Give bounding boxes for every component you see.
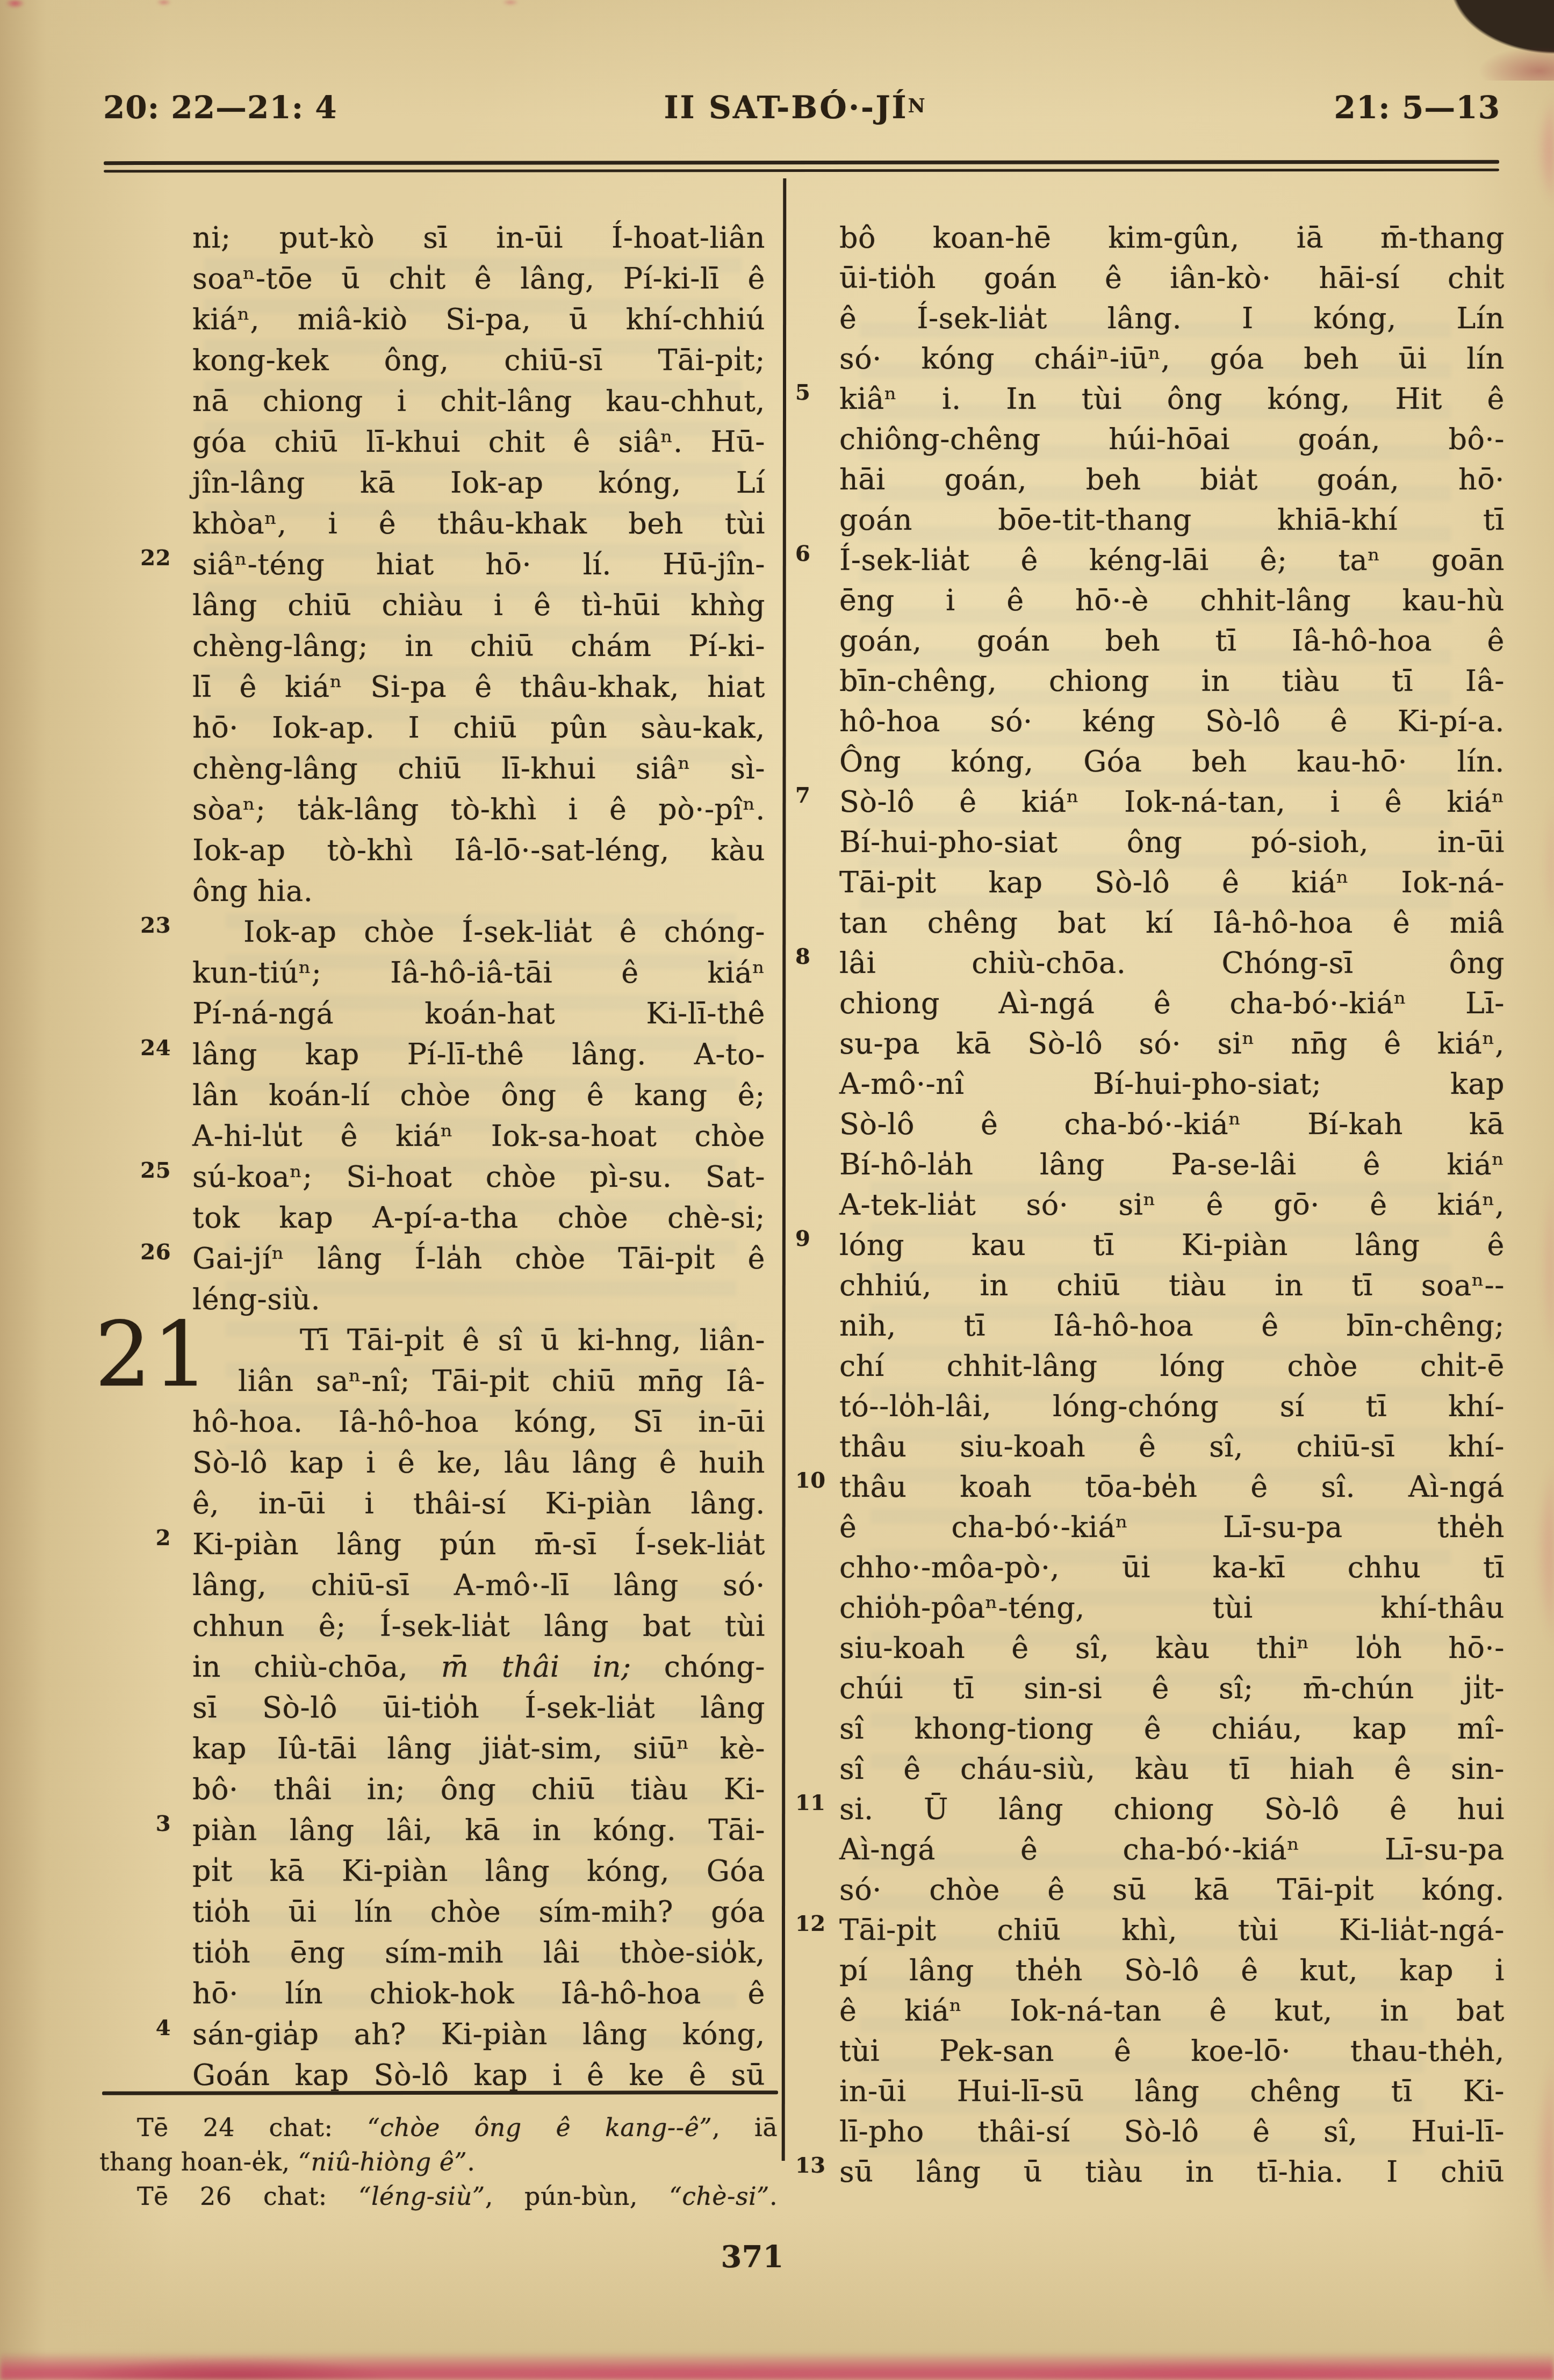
text-line: Gai-jíⁿ lâng Í-la̍h chòe Tāi-pi̍t ê [192,1238,765,1279]
text-line: nih, tī Iâ-hô-hoa ê bīn-chêng; [839,1306,1505,1346]
header-double-rule-bottom [104,169,1499,173]
text-line: Sò-lô ê cha-bó·-kiáⁿ Bí-kah kā [839,1104,1505,1144]
text-line: ni; put-kò sī in-ūi Í-hoat-liân [192,218,765,258]
text-line: tio̍h ūi lín chòe sím-mih? góa [192,1892,765,1932]
text-line: su-pa kā Sò-lô só· siⁿ nn̄g ê kiáⁿ, [839,1023,1505,1064]
left-text-column: ni; put-kò sī in-ūi Í-hoat-liânsoaⁿ-tōe … [192,218,765,2096]
text-line: A-hi-lu̍t ê kiáⁿ Iok-sa-hoat chòe [192,1116,765,1157]
text-line: Í-sek-lia̍t ê kéng-lāi ê; taⁿ goān [839,540,1505,580]
text-line: sī Sò-lô ūi-tio̍h Í-sek-lia̍t lâng [192,1687,765,1728]
verse-number: 10 [795,1468,829,1493]
footnote-line: Tē 24 chat: “chòe ông ê kang--ê”, iā [99,2110,778,2145]
text-line: ūi-tio̍h goán ê iân-kò· hāi-sí chi̍t [839,258,1505,298]
text-line: Goán kap Sò-lô kap i ê ke ê sū [192,2055,765,2096]
text-line: bô· thâi in; ông chiū tiàu Ki- [192,1769,765,1810]
running-head-left-verse-range: 20: 22—21: 4 [103,89,337,126]
header-double-rule-top [104,160,1499,165]
text-line: Aì-ngá ê cha-bó·-kiáⁿ Lī-su-pa [839,1829,1505,1870]
text-line: hō· Iok-ap. I chiū pûn sàu-kak, [192,708,765,748]
text-line: chiong Aì-ngá ê cha-bó·-kiáⁿ Lī- [839,983,1505,1023]
text-line: sán-gia̍p ah? Ki-piàn lâng kóng, [192,2014,765,2055]
text-line: Pí-ná-ngá koán-hat Ki-lī-thê [192,993,765,1034]
text-line: lâng chiū chiàu i ê tì-hūi khǹg [192,585,765,626]
text-line: Sò-lô ê kiáⁿ Iok-ná-tan, i ê kiáⁿ [839,782,1505,822]
text-line: A-mô·-nî Bí-hui-pho-siat; kap [839,1064,1505,1104]
verse-number: 11 [795,1790,829,1815]
verse-number: 25 [100,1158,171,1183]
text-line: pí lâng the̍h Sò-lô ê kut, kap i [839,1950,1505,1990]
footnotes-block: Tē 24 chat: “chòe ông ê kang--ê”, iāthan… [99,2110,778,2213]
verse-number: 24 [100,1035,171,1061]
verse-number: 3 [100,1811,171,1836]
text-line: sòaⁿ; ta̍k-lâng tò-khì i ê pò·-pîⁿ. [192,789,765,830]
text-line: sî ê cháu-siù, kàu tī hiah ê sin- [839,1749,1505,1789]
binding-corner-top-right [1430,0,1554,81]
text-line: Iok-ap tò-khì Iâ-lō·-sat-léng, kàu [192,830,765,871]
text-line: ông hia. [192,871,765,912]
text-line: ê, in-ūi i thâi-sí Ki-piàn lâng. [192,1483,765,1524]
text-line: chio̍h-pôaⁿ-téng, tùi khí-thâu [839,1588,1505,1628]
text-line: pi̍t kā Ki-piàn lâng kóng, Góa [192,1851,765,1892]
text-line: in chiù-chōa, m̄ thâi in; chóng- [192,1647,765,1687]
text-line: sú-koaⁿ; Si-hoat chòe pì-su. Sat- [192,1157,765,1198]
text-line: hāi goán, beh bia̍t goán, hō· [839,459,1505,500]
text-line: ê Í-sek-lia̍t lâng. I kóng, Lín [839,298,1505,338]
text-line: Iok-ap chòe Í-sek-lia̍t ê chóng- [192,912,765,953]
page-edge-stain-bottom [0,2349,1554,2380]
text-line: só· chòe ê sū kā Tāi-pi̍t kóng. [839,1870,1505,1910]
text-line: bīn-chêng, chiong in tiàu tī Iâ- [839,661,1505,701]
text-line: chho·-môa-pò·, ūi ka-kī chhu tī [839,1547,1505,1588]
page-edge-stain-top [0,0,1554,16]
text-line: só· kóng cháiⁿ-iūⁿ, góa beh ūi lín [839,338,1505,379]
text-line: Ki-piàn lâng pún m̄-sī Í-sek-lia̍t [192,1524,765,1565]
text-line: tok kap A-pí-a-tha chòe chè-si; [192,1198,765,1238]
text-line: ēng i ê hō·-è chhit-lâng kau-hù [839,580,1505,621]
text-line: tó--lo̍h-lâi, lóng-chóng sí tī khí- [839,1386,1505,1426]
verse-number: 5 [795,380,829,405]
chapter-number: 21 [95,1312,210,1398]
text-line: goán, goán beh tī Iâ-hô-hoa ê [839,621,1505,661]
text-line: Sò-lô kap i ê ke, lâu lâng ê huih [192,1443,765,1483]
text-line: chèng-lâng; in chiū chám Pí-ki- [192,626,765,667]
text-line: lân koán-lí chòe ông ê kang ê; [192,1075,765,1116]
verse-number: 2 [100,1525,171,1550]
text-line: lâng, chiū-sī A-mô·-lī lâng só· [192,1565,765,1606]
text-line: nā chiong i chi̍t-lâng kau-chhut, [192,381,765,422]
text-line: tan chêng bat kí Iâ-hô-hoa ê miâ [839,903,1505,943]
text-line: thâu koah tōa-be̍h ê sî. Aì-ngá [839,1467,1505,1507]
verse-number: 8 [795,944,829,969]
text-line: in-ūi Hui-lī-sū lâng chêng tī Ki- [839,2071,1505,2111]
text-line: jîn-lâng kā Iok-ap kóng, Lí [192,463,765,503]
text-line: siu-koah ê sî, kàu thiⁿ lo̍h hō·- [839,1628,1505,1668]
text-line: tio̍h ēng sím-mih lâi thòe-sio̍k, [192,1932,765,1973]
verse-number: 13 [795,2153,829,2178]
text-line: Bí-hui-pho-siat ông pó-sioh, in-ūi [839,822,1505,862]
column-divider-rule [782,178,787,2161]
text-line: Tāi-pi̍t chiū khì, tùi Ki-lia̍t-ngá- [839,1910,1505,1950]
verse-number: 9 [795,1226,829,1251]
text-line: hô-hoa. Iâ-hô-hoa kóng, Sī in-ūi [192,1402,765,1443]
text-line: thâu siu-koah ê sî, chiū-sī khí- [839,1426,1505,1467]
text-line: lâi chiù-chōa. Chóng-sī ông [839,943,1505,983]
text-line: Tāi-pi̍t kap Sò-lô ê kiáⁿ Iok-ná- [839,862,1505,903]
text-line: chhiú, in chiū tiàu in tī soaⁿ-- [839,1265,1505,1306]
verse-number: 22 [100,545,171,571]
footnote-line: Tē 26 chat: “léng-siù”, pún-bùn, “chè-si… [99,2179,778,2213]
verse-number: 12 [795,1911,829,1936]
text-line: siâⁿ-téng hiat hō· lí. Hū-jîn- [192,544,765,585]
verse-number: 23 [100,913,171,938]
text-line: piàn lâng lâi, kā in kóng. Tāi- [192,1810,765,1851]
text-line: kap Iû-tāi lâng jia̍t-sim, siūⁿ kè- [192,1728,765,1769]
text-line: ê kiáⁿ Iok-ná-tan ê kut, in bat [839,1990,1505,2031]
text-line: kiáⁿ, miâ-kiò Si-pa, ū khí-chhiú [192,299,765,340]
running-head-book-title: II SAT-BÓ·-JÍN [553,89,1037,126]
book-title-text: II SAT-BÓ·-JÍ [664,89,908,126]
text-line: kun-tiúⁿ; Iâ-hô-iâ-tāi ê kiáⁿ [192,953,765,993]
footnote-line: thang hoan-e̍k, “niû-hiòng ê”. [99,2145,778,2179]
text-line: lī ê kiáⁿ Si-pa ê thâu-khak, hiat [192,667,765,708]
text-line: hō· lín chiok-hok Iâ-hô-hoa ê [192,1973,765,2014]
right-text-column: bô koan-hē kim-gûn, iā m̄-thangūi-tio̍h … [839,218,1505,2192]
text-line: chúi tī sin-si ê sî; m̄-chún ji̍t- [839,1668,1505,1708]
text-line: léng-siù. [192,1279,765,1320]
text-line: hô-hoa só· kéng Sò-lô ê Ki-pí-a. [839,701,1505,741]
text-line: sî khong-tiong ê chiáu, kap mî- [839,1708,1505,1749]
verse-number: 6 [795,541,829,566]
text-line: lóng kau tī Ki-piàn lâng ê [839,1225,1505,1265]
text-line: lâng kap Pí-lī-thê lâng. A-to- [192,1034,765,1075]
verse-number: 4 [100,2015,171,2040]
text-line: sū lâng ū tiàu in tī-hia. I chiū [839,2152,1505,2192]
text-line: góa chiū lī-khui chit ê siâⁿ. Hū- [192,422,765,463]
text-line: goán bōe-tit-thang khiā-khí tī [839,500,1505,540]
text-line: bô koan-hē kim-gûn, iā m̄-thang [839,218,1505,258]
page-number: 371 [696,2239,809,2275]
text-line: kiâⁿ i. In tùi ông kóng, Hit ê [839,379,1505,419]
verse-number: 7 [795,783,829,808]
text-line: si. Ū lâng chiong Sò-lô ê hui [839,1789,1505,1829]
text-line: A-tek-lia̍t só· siⁿ ê gō· ê kiáⁿ, [839,1185,1505,1225]
text-line: lī-pho thâi-sí Sò-lô ê sî, Hui-lī- [839,2111,1505,2152]
verse-number: 26 [100,1239,171,1265]
text-line: Tī Tāi-pi̍t ê sî ū ki-hng, liân- [192,1320,765,1361]
text-line: Bí-hô-la̍h lâng Pa-se-lâi ê kiáⁿ [839,1144,1505,1185]
text-line: Ông kóng, Góa beh kau-hō· lín. [839,741,1505,782]
text-line: chèng-lâng chiū lī-khui siâⁿ sì- [192,748,765,789]
text-line: chiông-chêng húi-hōai goán, bô·- [839,419,1505,459]
text-line: kong-kek ông, chiū-sī Tāi-pi̍t; [192,340,765,381]
text-line: ê cha-bó·-kiáⁿ Lī-su-pa the̍h [839,1507,1505,1547]
book-page: 20: 22—21: 4 II SAT-BÓ·-JÍN 21: 5—13 ni;… [0,0,1554,2380]
text-line: chhun ê; Í-sek-lia̍t lâng bat tùi [192,1606,765,1647]
text-line: tùi Pek-san ê koe-lō· thau-the̍h, [839,2031,1505,2071]
text-line: soaⁿ-tōe ū chi̍t ê lâng, Pí-ki-lī ê [192,258,765,299]
text-line: khòaⁿ, i ê thâu-khak beh tùi [192,503,765,544]
text-line: chí chhit-lâng lóng chòe chi̍t-ē [839,1346,1505,1386]
book-title-superscript-n: N [908,95,927,117]
text-line: liân saⁿ-nî; Tāi-pi̍t chiū mn̄g Iâ- [192,1361,765,1402]
running-head-right-verse-range: 21: 5—13 [1334,89,1500,126]
